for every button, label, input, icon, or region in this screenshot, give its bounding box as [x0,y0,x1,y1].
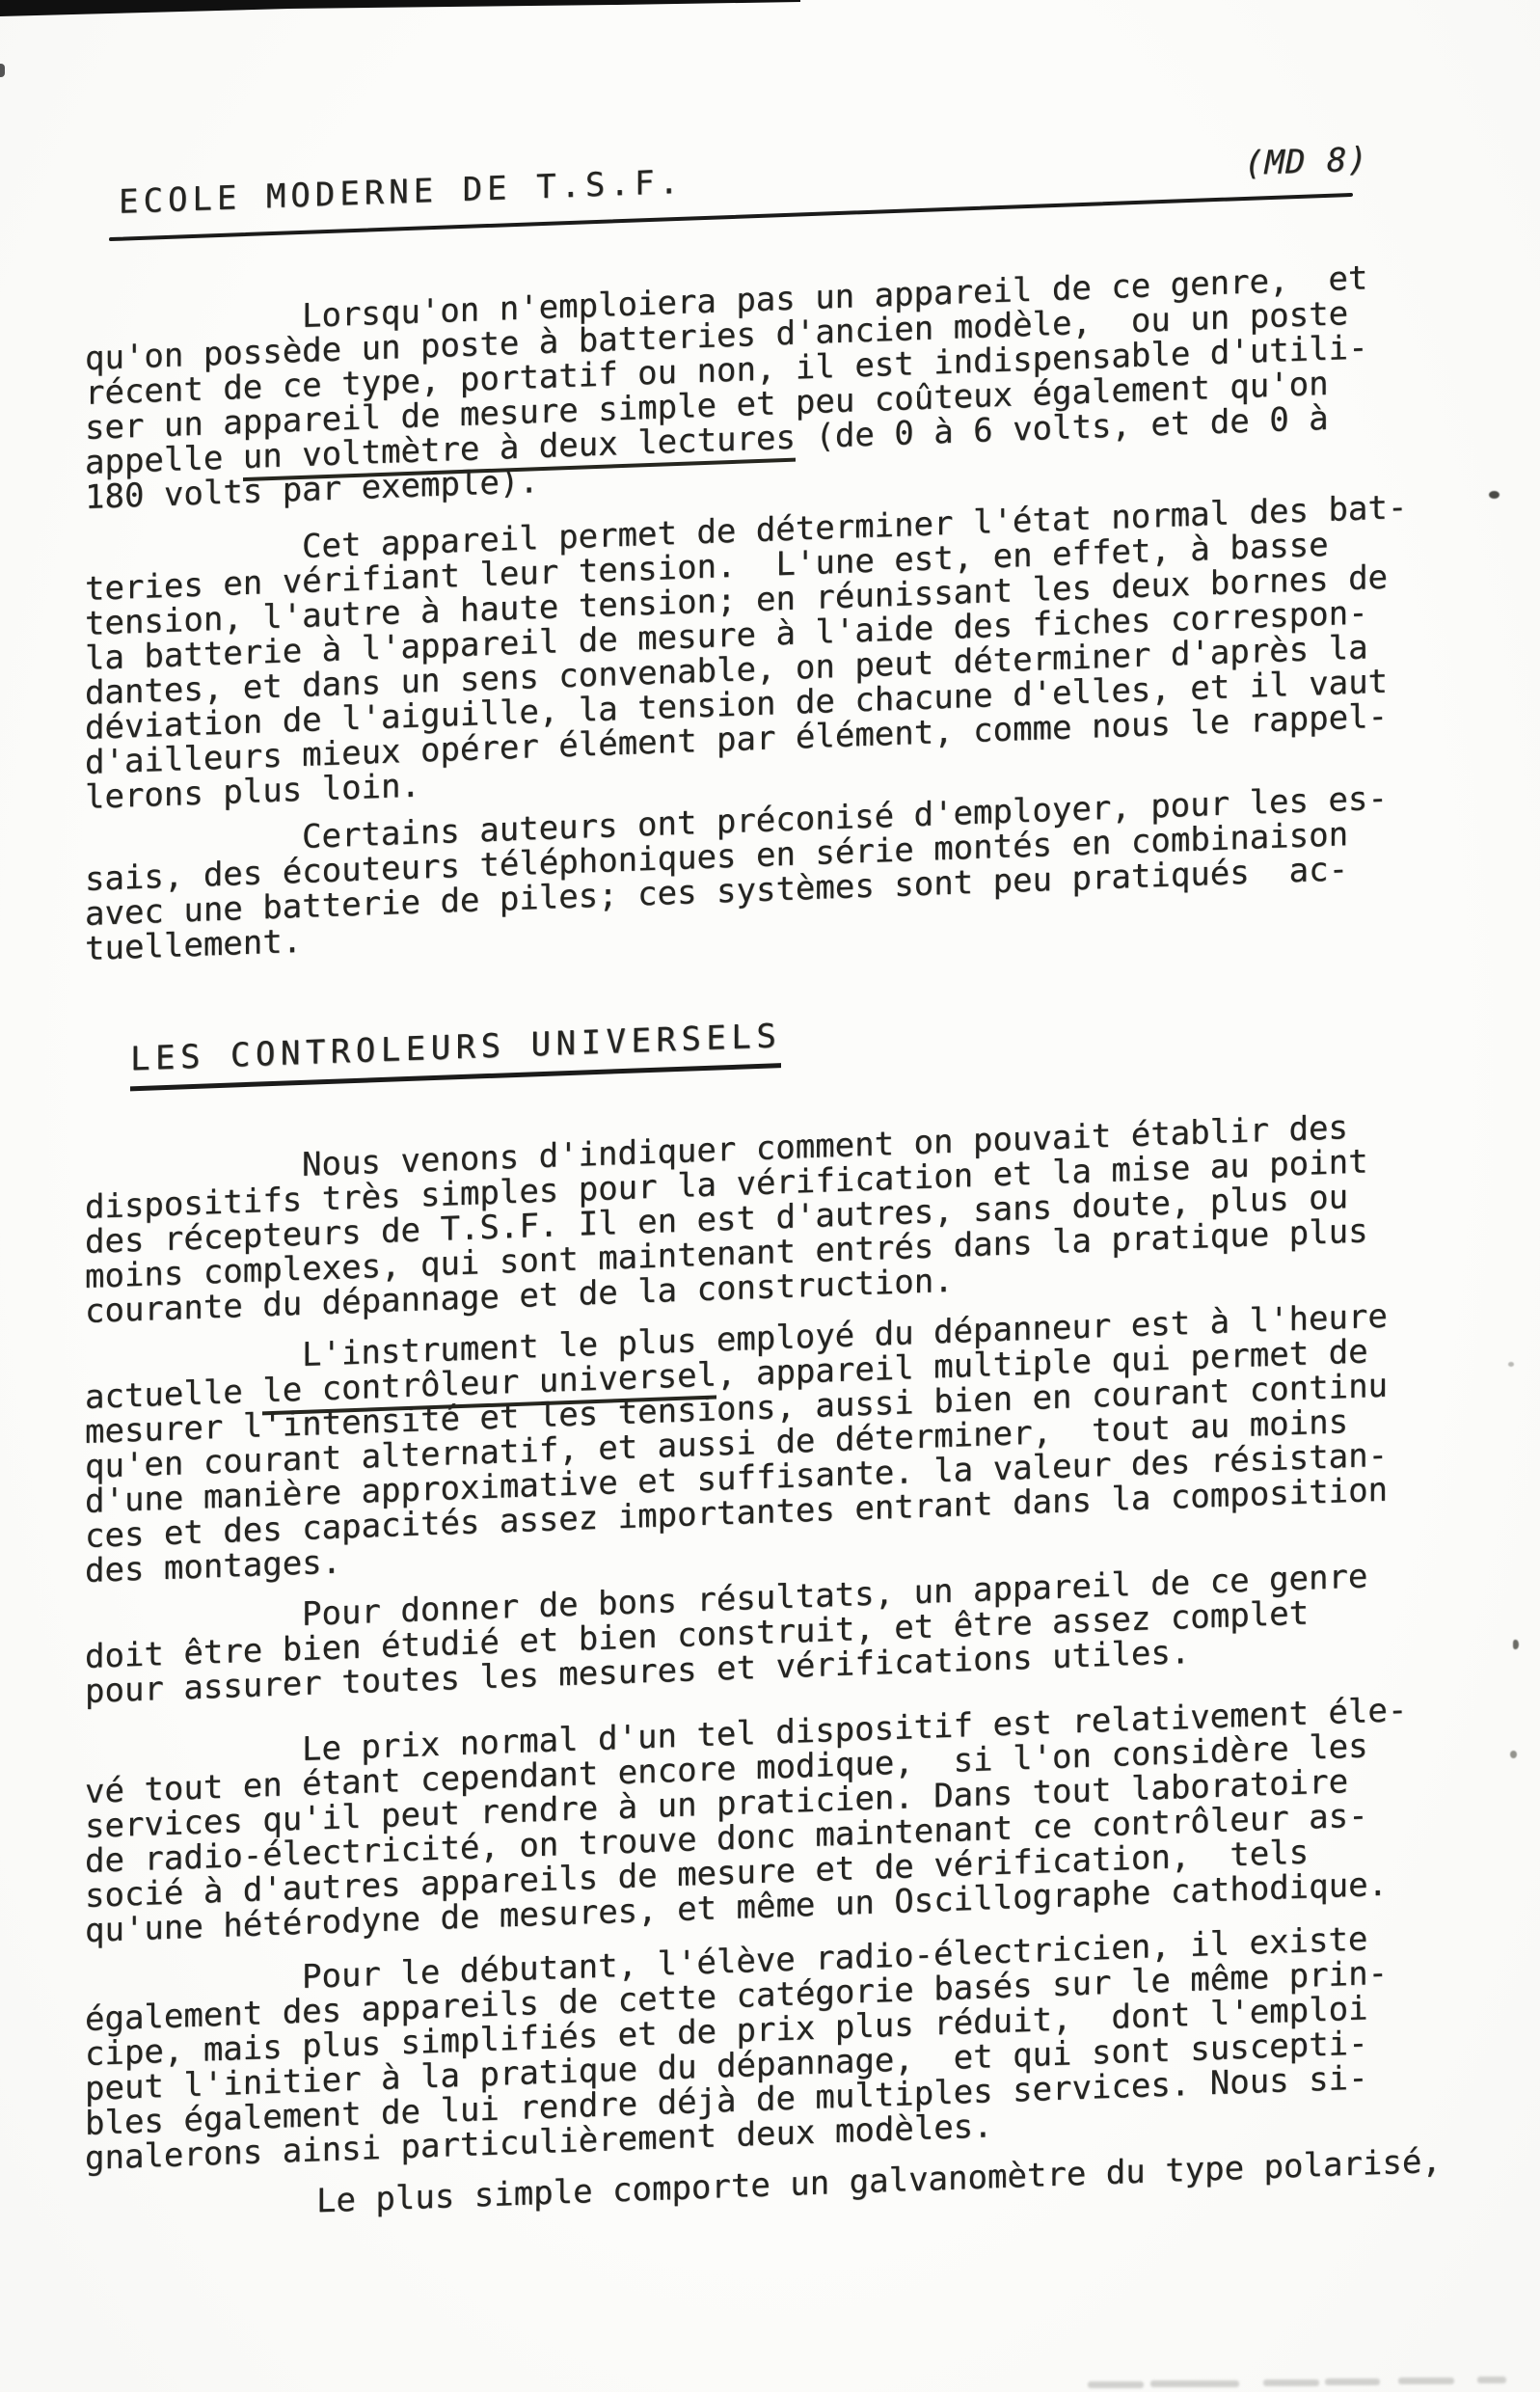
page-reference: (MD 8) [1244,140,1368,183]
scan-edge-artifact [0,0,800,17]
scan-smudge [1088,2381,1144,2388]
scan-speck [1489,491,1499,499]
section-heading: LES CONTROLEURS UNIVERSELS [130,1017,781,1091]
paragraph-2: Cet appareil permet de déterminer l'état… [85,490,1407,815]
paragraph-1: Lorsqu'on n'emploiera pas un appareil de… [85,260,1368,515]
document-title: ECOLE MODERNE DE T.S.F. [119,163,684,222]
scan-speck [1508,1362,1514,1367]
scan-smudge [1150,2380,1239,2387]
paragraph-8: Pour le débutant, l'élève radio-électric… [85,1921,1388,2176]
scanned-document-page: ECOLE MODERNE DE T.S.F. (MD 8) Lorsqu'on… [0,0,1540,2392]
scan-smudge [1398,2378,1454,2384]
paragraph-5: L'instrument le plus employé du dépanneu… [85,1299,1388,1589]
document-content: ECOLE MODERNE DE T.S.F. (MD 8) Lorsqu'on… [85,131,1408,2329]
paragraph-7: Le prix normal d'un tel dispositif est r… [85,1693,1407,1948]
scan-smudge [1477,2377,1506,2383]
scan-smudge [1263,2379,1319,2386]
scan-speck [1510,1751,1517,1758]
scan-speck [0,64,5,77]
scan-smudge [1325,2378,1380,2385]
scan-speck [1513,1640,1519,1649]
paragraph-4: Nous venons d'indiquer comment on pouvai… [85,1109,1368,1329]
